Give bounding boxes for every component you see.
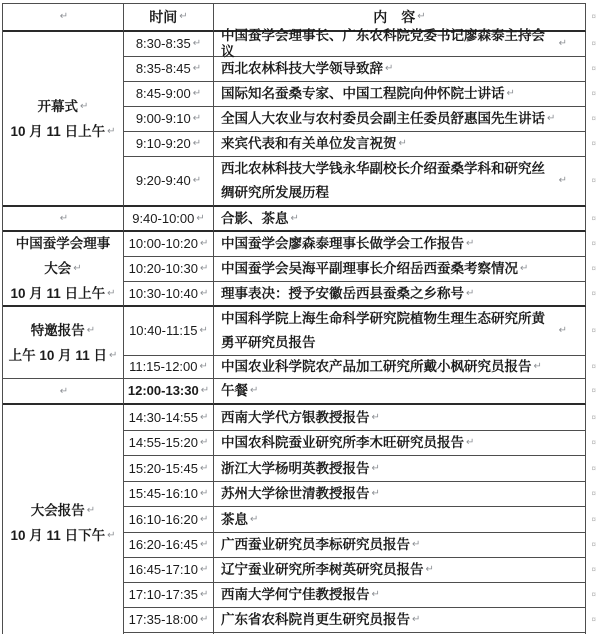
paragraph-mark-icon: ↵ [426, 562, 434, 578]
content-cell[interactable]: 午餐↵¤ [214, 379, 586, 405]
time-cell[interactable]: 17:10-17:35↵ [124, 583, 214, 608]
paragraph-mark-icon: ↵ [196, 211, 204, 227]
paragraph-mark-icon: ↵ [87, 498, 95, 523]
session-line: 开幕式 [38, 94, 79, 119]
paragraph-mark-icon: ↵ [534, 359, 542, 375]
time-cell[interactable]: 11:15-12:00↵ [124, 356, 214, 379]
paragraph-mark-icon: ↵ [507, 86, 515, 102]
time-text: 9:00-9:10 [136, 111, 191, 127]
row-end-mark-icon: ¤ [592, 512, 596, 528]
content-cell[interactable]: 广东省农科院肖更生研究员报告↵¤ [214, 608, 586, 633]
paragraph-mark-icon: ↵ [200, 486, 208, 502]
time-text: 17:10-17:35 [129, 587, 198, 603]
paragraph-mark-icon: ↵ [291, 211, 299, 227]
paragraph-mark-icon: ↵ [107, 523, 115, 548]
time-text: 10:40-11:15 [129, 323, 197, 339]
paragraph-mark-icon: ↵ [466, 435, 474, 451]
session-line: 中国蚕学会理事 [16, 231, 111, 256]
content-text: 辽宁蚕业研究所李树英研究员报告 [221, 562, 424, 578]
time-cell[interactable]: 10:20-10:30↵ [124, 257, 214, 282]
content-text: 合影、茶息 [221, 211, 289, 227]
time-cell[interactable]: 9:40-10:00↵ [124, 207, 214, 232]
paragraph-mark-icon: ↵ [80, 94, 88, 119]
row-end-mark-icon: ¤ [592, 111, 596, 127]
session-line: 大会 [44, 256, 71, 281]
paragraph-mark-icon: ↵ [200, 562, 208, 578]
paragraph-mark-icon: ↵ [109, 343, 117, 368]
session-cell-plenary[interactable]: 大会报告↵ 10 月 11 日下午↵ [3, 405, 124, 634]
paragraph-mark-icon: ↵ [193, 173, 201, 189]
paragraph-mark-icon: ↵ [200, 236, 208, 252]
paragraph-mark-icon: ↵ [200, 435, 208, 451]
paragraph-mark-icon: ↵ [559, 36, 567, 52]
time-text: 8:35-8:45 [136, 61, 191, 77]
row-end-mark-icon: ¤ [592, 286, 596, 302]
content-text: 西北农林科技大学钱永华副校长介绍蚕桑学科和研究丝绸研究所发展历程 [221, 157, 557, 205]
row-end-mark-icon: ¤ [592, 169, 596, 193]
paragraph-mark-icon: ↵ [200, 512, 208, 528]
time-cell[interactable]: 8:45-9:00↵ [124, 82, 214, 107]
time-text: 14:55-15:20 [129, 435, 198, 451]
paragraph-mark-icon: ↵ [372, 587, 380, 603]
header-time-cell[interactable]: 时间↵ [124, 4, 214, 32]
paragraph-mark-icon: ↵ [193, 36, 201, 52]
session-line: 10 月 11 日上午 [11, 281, 106, 306]
content-cell[interactable]: 中国科学院上海生命科学研究院植物生理生态研究所黄勇平研究员报告↵¤ [214, 307, 586, 356]
time-text: 10:00-10:20 [129, 236, 198, 252]
time-cell[interactable]: 16:45-17:10↵ [124, 558, 214, 583]
paragraph-mark-icon: ↵ [193, 61, 201, 77]
row-end-mark-icon: ¤ [592, 86, 596, 102]
row-end-mark-icon: ¤ [592, 261, 596, 277]
content-cell[interactable]: 西南大学代方银教授报告↵¤ [214, 405, 586, 431]
content-cell[interactable]: 西北农林科技大学领导致辞↵¤ [214, 57, 586, 82]
session-line: 10 月 11 日下午 [11, 523, 106, 548]
paragraph-mark-icon: ↵ [107, 119, 115, 144]
paragraph-mark-icon: ↵ [200, 612, 208, 628]
content-cell[interactable]: 来宾代表和有关单位发言祝贺↵¤ [214, 132, 586, 157]
paragraph-mark-icon: ↵ [200, 587, 208, 603]
content-text: 茶息 [221, 512, 248, 528]
content-text: 广西蚕业研究员李标研究员报告 [221, 537, 410, 553]
time-text: 9:20-9:40 [136, 173, 191, 189]
content-text: 西南大学何宁佳教授报告 [221, 587, 370, 603]
row-end-mark-icon: ¤ [592, 612, 596, 628]
time-text: 16:20-16:45 [129, 537, 198, 553]
paragraph-mark-icon: ↵ [60, 206, 68, 231]
paragraph-mark-icon: ↵ [107, 281, 115, 306]
paragraph-mark-icon: ↵ [372, 461, 380, 477]
session-line: 大会报告 [31, 498, 85, 523]
row-end-mark-icon: ¤ [592, 587, 596, 603]
content-text: 西南大学代方银教授报告 [221, 410, 370, 426]
content-cell[interactable]: 西北农林科技大学钱永华副校长介绍蚕桑学科和研究丝绸研究所发展历程↵¤ [214, 157, 586, 207]
time-cell[interactable]: 12:00-13:30↵ [124, 379, 214, 405]
paragraph-mark-icon: ↵ [417, 9, 425, 25]
row-end-mark-icon: ¤ [592, 383, 596, 399]
paragraph-mark-icon: ↵ [372, 486, 380, 502]
time-cell[interactable]: 17:35-18:00↵ [124, 608, 214, 633]
content-cell[interactable]: 西南大学何宁佳教授报告↵¤ [214, 583, 586, 608]
paragraph-mark-icon: ↵ [200, 286, 208, 302]
time-cell[interactable]: 16:20-16:45↵ [124, 533, 214, 558]
paragraph-mark-icon: ↵ [60, 9, 68, 25]
content-text: 理事表决：授予安徽岳西县蚕桑之乡称号 [221, 286, 464, 302]
paragraph-mark-icon: ↵ [60, 379, 68, 404]
header-content-label: 内 容 [373, 9, 415, 25]
paragraph-mark-icon: ↵ [372, 410, 380, 426]
content-text: 中国蚕学会廖森泰理事长做学会工作报告 [221, 236, 464, 252]
time-cell[interactable]: 9:20-9:40↵ [124, 157, 214, 207]
time-cell[interactable]: 10:40-11:15↵ [124, 307, 214, 356]
content-cell[interactable]: 浙江大学杨明英教授报告↵¤ [214, 456, 586, 482]
paragraph-mark-icon: ↵ [179, 9, 187, 25]
row-end-mark-icon: ¤ [592, 461, 596, 477]
content-text: 中国农业科学院农产品加工研究所戴小枫研究员报告 [221, 359, 532, 375]
row-end-mark-icon: ¤ [592, 61, 596, 77]
row-end-mark-icon: ¤ [592, 36, 596, 52]
session-cell-invited[interactable]: 特邀报告↵ 上午 10 月 11 日↵ [3, 307, 124, 379]
time-text: 11:15-12:00 [129, 359, 197, 375]
paragraph-mark-icon: ↵ [466, 286, 474, 302]
content-text: 来宾代表和有关单位发言祝贺 [221, 136, 397, 152]
session-cell-empty[interactable]: ↵ [3, 207, 124, 232]
time-text: 9:40-10:00 [132, 211, 194, 227]
content-cell[interactable]: 中国农科院蚕业研究所李木旺研究员报告↵¤ [214, 431, 586, 456]
session-cell-council[interactable]: 中国蚕学会理事 大会↵ 10 月 11 日上午↵ [3, 232, 124, 307]
time-text: 17:35-18:00 [129, 612, 198, 628]
content-text: 中国农科院蚕业研究所李木旺研究员报告 [221, 435, 464, 451]
time-text: 12:00-13:30 [128, 383, 199, 399]
time-text: 16:45-17:10 [129, 562, 198, 578]
agenda-table: ↵ 时间↵ 内 容↵¤ 开幕式↵ 10 月 11 日上午↵ ↵ 中国蚕学会理事 … [2, 3, 586, 634]
row-end-mark-icon: ¤ [592, 486, 596, 502]
time-cell[interactable]: 8:30-8:35↵ [124, 32, 214, 57]
time-text: 8:30-8:35 [136, 36, 191, 52]
document-page: ↵ 时间↵ 内 容↵¤ 开幕式↵ 10 月 11 日上午↵ ↵ 中国蚕学会理事 … [0, 0, 600, 634]
time-cell[interactable]: 10:30-10:40↵ [124, 282, 214, 307]
content-cell[interactable]: 全国人大农业与农村委员会副主任委员舒惠国先生讲话↵¤ [214, 107, 586, 132]
content-cell[interactable]: 中国蚕学会吴海平副理事长介绍岳西蚕桑考察情况↵¤ [214, 257, 586, 282]
paragraph-mark-icon: ↵ [559, 319, 567, 343]
row-end-mark-icon: ¤ [592, 435, 596, 451]
time-cell[interactable]: 8:35-8:45↵ [124, 57, 214, 82]
content-cell[interactable]: 合影、茶息↵¤ [214, 207, 586, 232]
paragraph-mark-icon: ↵ [200, 410, 208, 426]
content-text: 全国人大农业与农村委员会副主任委员舒惠国先生讲话 [221, 111, 545, 127]
row-end-mark-icon: ¤ [592, 359, 596, 375]
paragraph-mark-icon: ↵ [559, 169, 567, 193]
paragraph-mark-icon: ↵ [250, 512, 258, 528]
content-cell[interactable]: 中国农业科学院农产品加工研究所戴小枫研究员报告↵¤ [214, 356, 586, 379]
content-text: 苏州大学徐世清教授报告 [221, 486, 370, 502]
paragraph-mark-icon: ↵ [399, 136, 407, 152]
session-line: 上午 10 月 11 日 [9, 343, 107, 368]
time-cell[interactable]: 14:55-15:20↵ [124, 431, 214, 456]
header-time-label: 时间 [149, 9, 177, 25]
time-text: 16:10-16:20 [129, 512, 198, 528]
row-end-mark-icon: ¤ [592, 211, 596, 227]
content-cell[interactable]: 中国蚕学会理事长、广东农科院党委书记廖森泰主持会议↵¤ [214, 32, 586, 57]
paragraph-mark-icon: ↵ [520, 261, 528, 277]
time-text: 10:20-10:30 [129, 261, 198, 277]
paragraph-mark-icon: ↵ [412, 612, 420, 628]
row-end-mark-icon: ¤ [592, 562, 596, 578]
content-cell[interactable]: 中国蚕学会廖森泰理事长做学会工作报告↵¤ [214, 232, 586, 257]
paragraph-mark-icon: ↵ [385, 61, 393, 77]
content-text: 西北农林科技大学领导致辞 [221, 61, 383, 77]
row-end-mark-icon: ¤ [592, 9, 596, 25]
paragraph-mark-icon: ↵ [87, 318, 95, 343]
paragraph-mark-icon: ↵ [193, 136, 201, 152]
time-cell[interactable]: 9:10-9:20↵ [124, 132, 214, 157]
row-end-mark-icon: ¤ [592, 136, 596, 152]
content-cell[interactable]: 广西蚕业研究员李标研究员报告↵¤ [214, 533, 586, 558]
session-line: 特邀报告 [31, 318, 85, 343]
content-cell[interactable]: 茶息↵¤ [214, 507, 586, 533]
row-end-mark-icon: ¤ [592, 236, 596, 252]
paragraph-mark-icon: ↵ [412, 537, 420, 553]
content-text: 中国科学院上海生命科学研究院植物生理生态研究所黄勇平研究员报告 [221, 307, 557, 355]
paragraph-mark-icon: ↵ [200, 461, 208, 477]
time-text: 14:30-14:55 [129, 410, 198, 426]
content-cell[interactable]: 苏州大学徐世清教授报告↵¤ [214, 482, 586, 507]
content-cell[interactable]: 辽宁蚕业研究所李树英研究员报告↵¤ [214, 558, 586, 583]
row-end-mark-icon: ¤ [592, 410, 596, 426]
time-text: 15:45-16:10 [129, 486, 198, 502]
time-cell[interactable]: 14:30-14:55↵ [124, 405, 214, 431]
paragraph-mark-icon: ↵ [73, 256, 81, 281]
content-text: 广东省农科院肖更生研究员报告 [221, 612, 410, 628]
paragraph-mark-icon: ↵ [250, 383, 258, 399]
content-text: 国际知名蚕桑专家、中国工程院向仲怀院士讲话 [221, 86, 505, 102]
session-cell-empty[interactable]: ↵ [3, 379, 124, 405]
time-cell[interactable]: 15:20-15:45↵ [124, 456, 214, 482]
time-text: 15:20-15:45 [129, 461, 198, 477]
content-text: 浙江大学杨明英教授报告 [221, 461, 370, 477]
row-end-mark-icon: ¤ [592, 537, 596, 553]
paragraph-mark-icon: ↵ [200, 323, 208, 339]
time-cell[interactable]: 9:00-9:10↵ [124, 107, 214, 132]
session-line: 10 月 11 日上午 [11, 119, 106, 144]
paragraph-mark-icon: ↵ [201, 383, 209, 399]
session-cell-opening[interactable]: 开幕式↵ 10 月 11 日上午↵ [3, 32, 124, 207]
time-text: 8:45-9:00 [136, 86, 191, 102]
content-text: 午餐 [221, 383, 248, 399]
content-text: 中国蚕学会吴海平副理事长介绍岳西蚕桑考察情况 [221, 261, 518, 277]
content-text: 中国蚕学会理事长、广东农科院党委书记廖森泰主持会议 [221, 28, 557, 60]
time-cell[interactable]: 15:45-16:10↵ [124, 482, 214, 507]
content-cell[interactable]: 国际知名蚕桑专家、中国工程院向仲怀院士讲话↵¤ [214, 82, 586, 107]
paragraph-mark-icon: ↵ [200, 261, 208, 277]
time-cell[interactable]: 10:00-10:20↵ [124, 232, 214, 257]
paragraph-mark-icon: ↵ [193, 111, 201, 127]
paragraph-mark-icon: ↵ [200, 537, 208, 553]
content-cell[interactable]: 理事表决：授予安徽岳西县蚕桑之乡称号↵¤ [214, 282, 586, 307]
paragraph-mark-icon: ↵ [200, 359, 208, 375]
time-text: 10:30-10:40 [129, 286, 198, 302]
paragraph-mark-icon: ↵ [547, 111, 555, 127]
time-cell[interactable]: 16:10-16:20↵ [124, 507, 214, 533]
paragraph-mark-icon: ↵ [193, 86, 201, 102]
time-text: 9:10-9:20 [136, 136, 191, 152]
row-end-mark-icon: ¤ [592, 319, 596, 343]
header-session-cell[interactable]: ↵ [3, 4, 124, 32]
paragraph-mark-icon: ↵ [466, 236, 474, 252]
